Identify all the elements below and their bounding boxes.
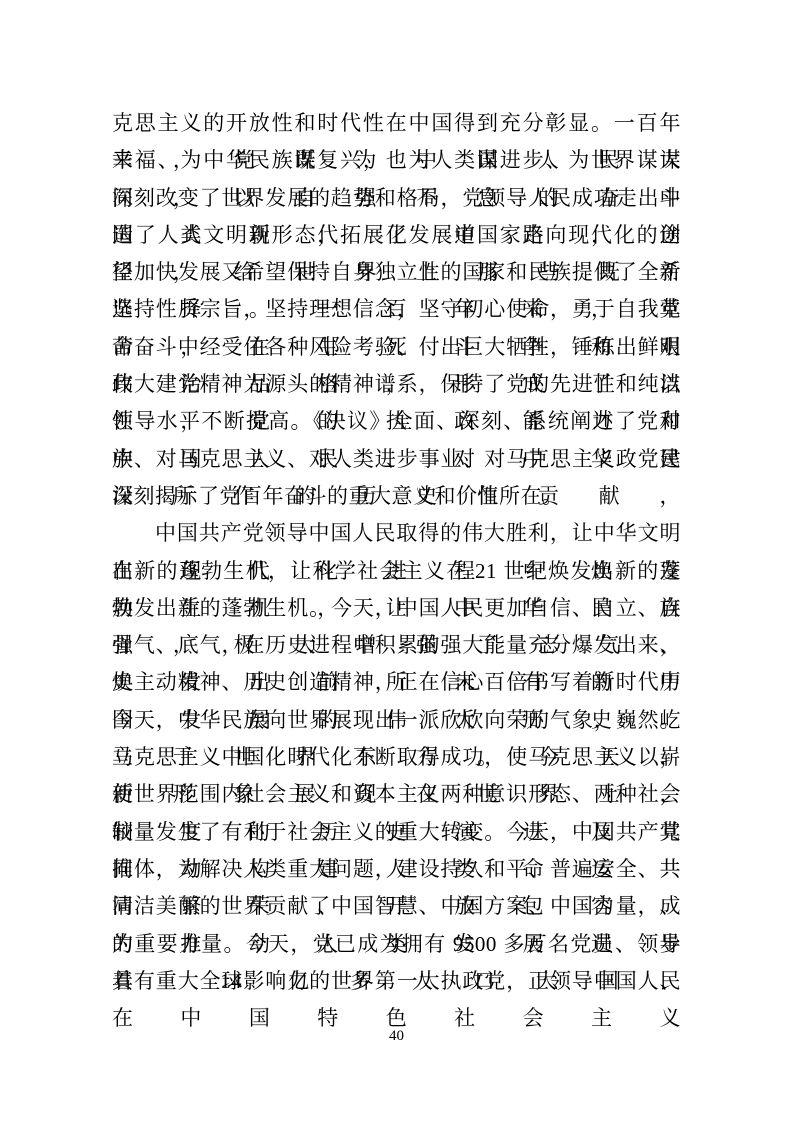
text-line: 较量发生了有利于社会主义的重大转变。今天，中国共产党推动构建人类命运共 <box>112 814 681 851</box>
text-line: 清洁美丽的世界贡献了中国智慧、中国方案、中国力量，成为推动人类发展进步 <box>112 888 681 925</box>
text-line: 出新的蓬勃生机，让科学社会主义在 21 世纪焕发出新的蓬勃生机，让中华民族 <box>112 553 681 590</box>
text-line: 克思主义的开放性和时代性在中国得到充分彰显。一百年来，党既为中国人民谋 <box>112 105 681 142</box>
text-line: 骨气、底气，在历史进程中积累的强大能量充分爆发出来，焕发出前所未有的历 <box>112 627 681 664</box>
text-line: 中国共产党领导中国人民取得的伟大胜利，让中华文明在现代化进程中焕发 <box>112 515 681 552</box>
text-line: 今天，中华民族向世界展现出一派欣欣向荣的气象，巍然屹立于世界东方。今天， <box>112 702 681 739</box>
text-line: 深刻改变了世界发展的趋势和格局，党领导人民成功走出中国式现代化道路，创 <box>112 180 681 217</box>
text-line: 具有重大全球影响力的世界第一大执政党，正领导中国人民在中国特色社会主义 <box>112 963 681 1000</box>
text-line: 马克思主义中国化时代化不断取得成功，使马克思主义以崭新形象展现在世界上， <box>112 739 681 776</box>
text-line: 造了人类文明新形态，拓展了发展中国家走向现代化的途径，给世界上那些既希 <box>112 217 681 254</box>
text-line: 使世界范围内社会主义和资本主义两种意识形态、两种社会制度的历史演进及其 <box>112 776 681 813</box>
text-line: 幸福、为中华民族谋复兴，也为人类谋进步、为世界谋大同，以自强不息的奋斗 <box>112 142 681 179</box>
text-line: 领导水平不断提高。《决议》全面、深刻、系统阐述了党对中国人民、对中华民 <box>112 403 681 440</box>
page-number: 40 <box>0 1026 793 1046</box>
body-text: 克思主义的开放性和时代性在中国得到充分彰显。一百年来，党既为中国人民谋幸福、为中… <box>112 105 681 1000</box>
text-line: 伟大建党精神为源头的精神谱系，保持了党的先进性和纯洁性，党的执政能力和 <box>112 366 681 403</box>
text-line: 同体，为解决人类重大问题，建设持久和平、普遍安全、共同繁荣、开放包容、 <box>112 851 681 888</box>
text-line: 坚持性质宗旨，坚持理想信念，坚守初心使命，勇于自我革命，在生死斗争和艰 <box>112 291 681 328</box>
document-page: 克思主义的开放性和时代性在中国得到充分彰显。一百年来，党既为中国人民谋幸福、为中… <box>0 0 793 1122</box>
text-line: 苦奋斗中经受住各种风险考验、付出巨大牺牲，锤炼出鲜明政治品格，形成了以 <box>112 329 681 366</box>
text-line: 焕发出新的蓬勃生机。今天，中国人民更加自信、自立、自强，极大增强了志气、 <box>112 590 681 627</box>
text-line: 族、对马克思主义、对人类进步事业、对马克思主义政党建设所作的历史性贡献， <box>112 441 681 478</box>
text-line: 的重要力量。今天，党已成为拥有 9500 多万名党员、领导着 14 亿多人口大国… <box>112 926 681 963</box>
text-line: 史主动精神、历史创造精神，正在信心百倍书写着新时代中国发展的伟大历史。 <box>112 664 681 701</box>
text-line: 望加快发展又希望保持自身独立性的国家和民族提供了全新选择。一百年来，党 <box>112 254 681 291</box>
